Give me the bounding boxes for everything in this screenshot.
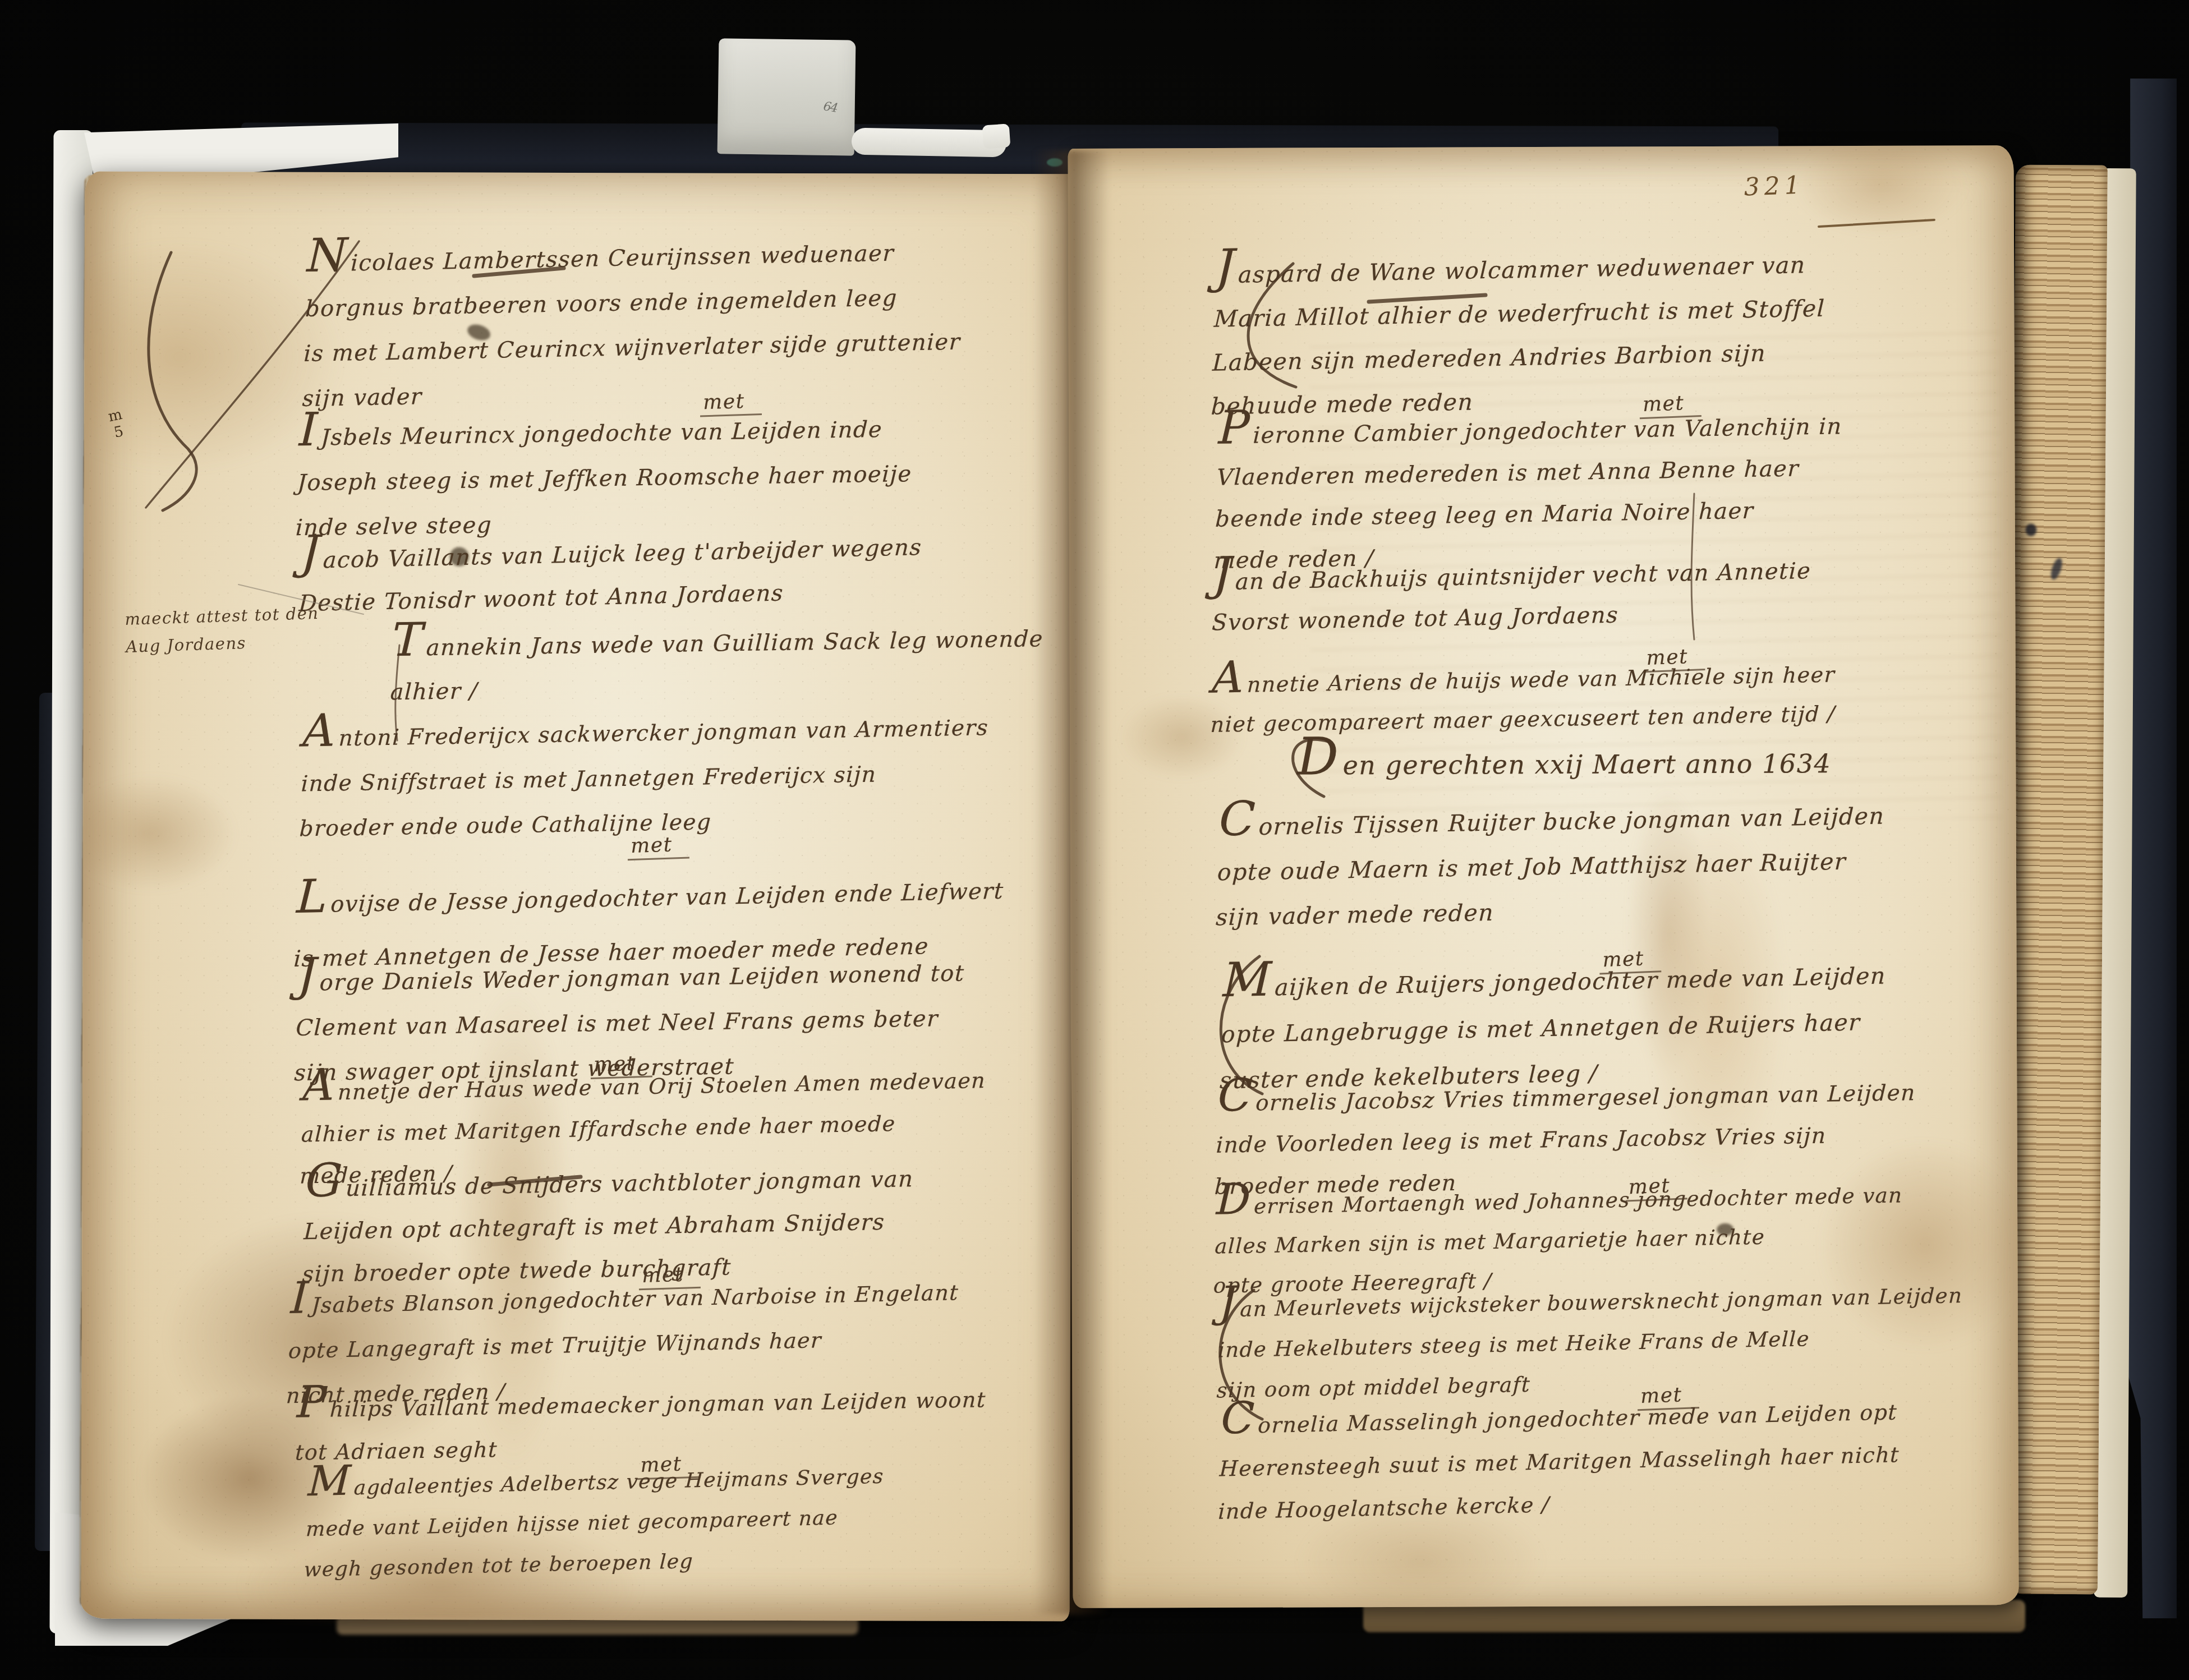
entry-line: Joseph steeg is met Jeffken Roomsche hae… <box>297 452 913 505</box>
register-entry: Antoni Frederijcx sackwercker jongman va… <box>298 706 989 851</box>
register-entry: Jacob Vaillants van Luijck leeg t'arbeij… <box>298 526 923 625</box>
register-entry: Jan Meurlevets wijcksteker bouwersknecht… <box>1216 1276 1963 1411</box>
register-entry: Jan de Backhuijs quintsnijder vecht van … <box>1211 551 1811 643</box>
register-entry: Nicolaes Lambertssen Ceurijnssen weduena… <box>301 229 964 421</box>
rolled-paper-strip-end <box>982 123 1011 149</box>
margin-note: maeckt attest tot den Aug Jordaens <box>125 600 320 661</box>
gutter-shadow <box>1033 150 1110 1614</box>
margin-scribble: m 5 <box>107 406 127 442</box>
bookmark-tab[interactable]: 64 <box>718 38 856 155</box>
photo-backdrop: 64 m 5 maeckt attest tot den Aug Jordaen… <box>0 0 2189 1680</box>
ink-spot <box>2049 556 2064 581</box>
register-entry: Cornelia Masselingh jongedochter mede va… <box>1217 1391 1901 1533</box>
page-block-fore-edge <box>2006 164 2108 1594</box>
margin-scribble-bottom: 5 <box>110 422 127 441</box>
separator-met: met <box>627 833 690 861</box>
register-entry: Cornelis Tijssen Ruijter bucke jongman v… <box>1215 794 1886 940</box>
date-heading: Den gerechten xxij Maert anno 1634 <box>1297 748 1831 780</box>
margin-note-line: Aug Jordaens <box>125 627 320 661</box>
register-entry: Jaspard de Wane wolcammer weduwenaer van… <box>1210 243 1827 429</box>
ink-spot <box>2025 524 2036 536</box>
folio-number: 321 <box>1744 171 1805 202</box>
left-page[interactable]: m 5 maeckt attest tot den Aug Jordaens N… <box>81 172 1074 1622</box>
bookmark-pencil-mark: 64 <box>822 99 838 116</box>
right-page[interactable]: 321 Jaspard de Wane wolcammer weduwenaer… <box>1068 145 2018 1608</box>
register-entry: Magdaleentjes Adelbertsz vege Heijmans S… <box>303 1457 885 1591</box>
register-entry: Tannekin Jans wede van Guilliam Sack leg… <box>389 617 1044 714</box>
